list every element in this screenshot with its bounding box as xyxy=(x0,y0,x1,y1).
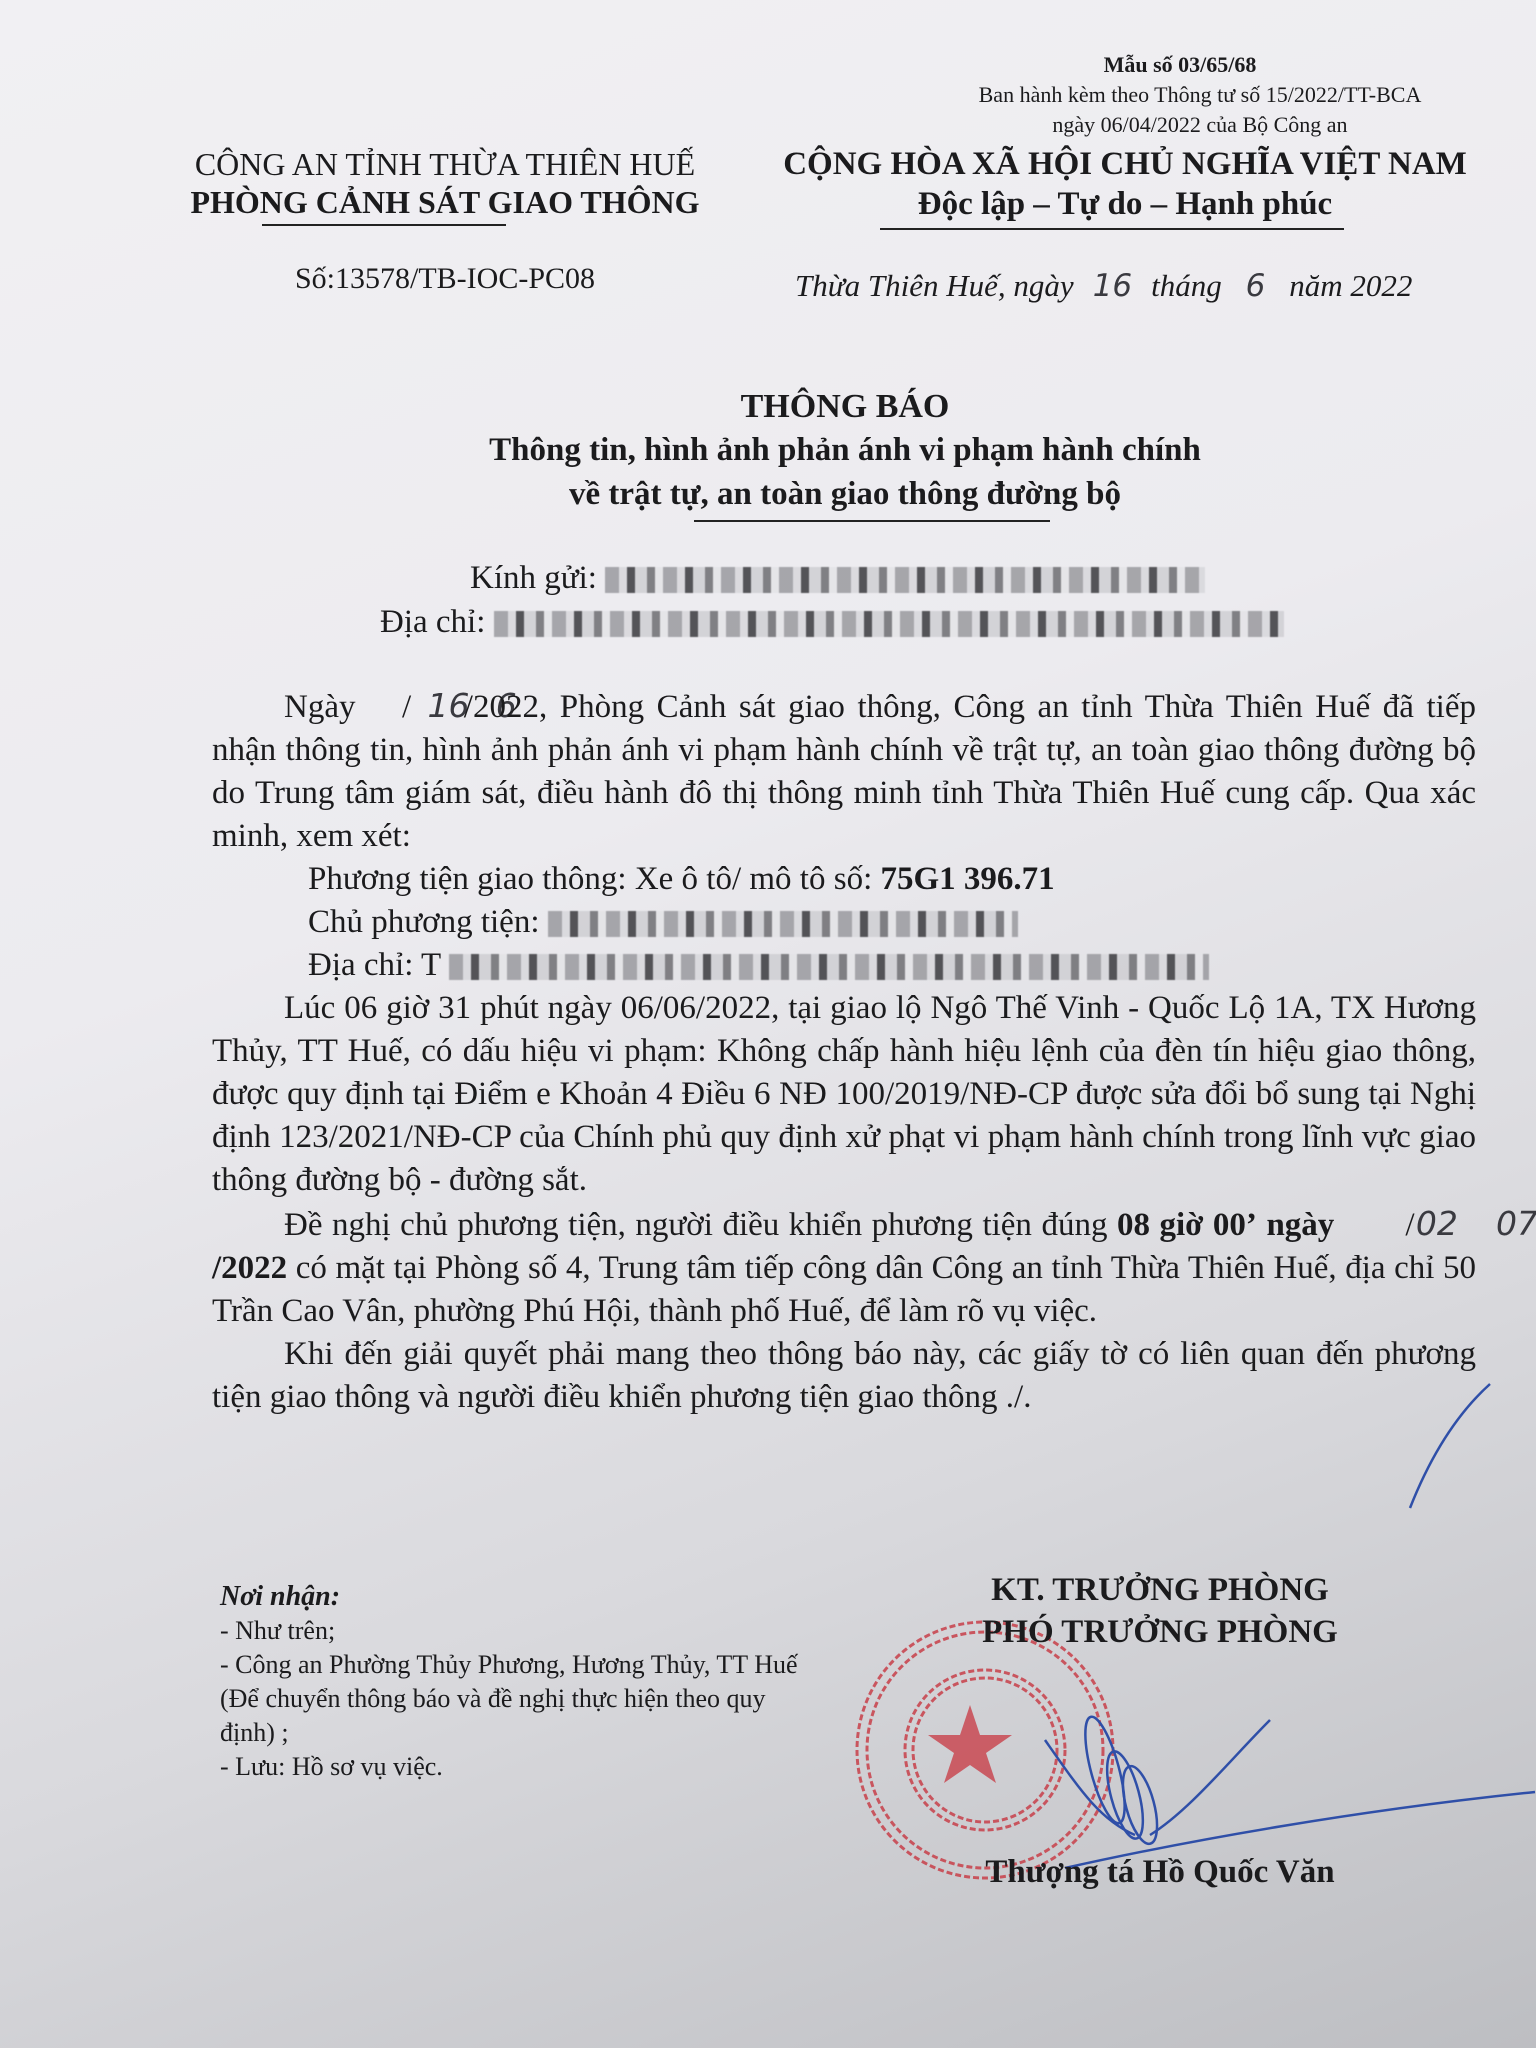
redacted-owner-name xyxy=(548,911,1018,937)
body-paragraph-1: Ngày16 / 6/2022, Phòng Cảnh sát giao thô… xyxy=(212,684,1476,1419)
month-label: tháng xyxy=(1151,268,1222,303)
summons-paragraph: Đề nghị chủ phương tiện, người điều khiể… xyxy=(212,1202,1476,1333)
notice-subtitle-1: Thông tin, hình ảnh phản ánh vi phạm hàn… xyxy=(300,432,1390,469)
signature-line-1: KT. TRƯỞNG PHÒNG xyxy=(900,1572,1420,1609)
received-paragraph: Ngày16 / 6/2022, Phòng Cảnh sát giao thô… xyxy=(212,684,1476,858)
handwritten-p1-month: 6 xyxy=(424,684,464,727)
recipient-address: Địa chỉ: xyxy=(380,604,1284,641)
vehicle-label: Phương tiện giao thông: Xe ô tô/ mô tô s… xyxy=(308,861,872,897)
handwritten-summons-day: 02 xyxy=(1344,1202,1396,1245)
vehicle-line: Phương tiện giao thông: Xe ô tô/ mô tô s… xyxy=(212,858,1476,901)
owner-line: Chủ phương tiện: xyxy=(212,901,1476,944)
recipient-address-label: Địa chỉ: xyxy=(380,604,485,640)
place-date-prefix: Thừa Thiên Huế, ngày xyxy=(795,268,1074,303)
country-name: CỘNG HÒA XÃ HỘI CHỦ NGHĨA VIỆT NAM xyxy=(755,146,1495,183)
national-motto: Độc lập – Tự do – Hạnh phúc xyxy=(755,186,1495,223)
summons-time: 08 giờ 00’ xyxy=(1117,1207,1257,1243)
recipient-to-label: Kính gửi: xyxy=(470,560,597,596)
distribution-item: - Công an Phường Thủy Phương, Hương Thủy… xyxy=(220,1648,820,1750)
handwritten-month: 6 xyxy=(1230,268,1282,304)
owner-label: Chủ phương tiện: xyxy=(308,904,540,940)
handwritten-summons-month: 07 xyxy=(1424,1202,1476,1245)
form-issued-date: ngày 06/04/2022 của Bộ Công an xyxy=(920,112,1480,138)
form-issued-with: Ban hành kèm theo Thông tư số 15/2022/TT… xyxy=(920,82,1480,108)
vehicle-plate: 75G1 396.71 xyxy=(881,861,1055,897)
year-label: năm 2022 xyxy=(1289,268,1412,303)
handwritten-p1-day: 16 xyxy=(355,684,389,727)
place-date: Thừa Thiên Huế, ngày 16 tháng 6 năm 2022 xyxy=(795,268,1412,304)
distribution-item: - Như trên; xyxy=(220,1614,820,1648)
document-number: Số:13578/TB-IOC-PC08 xyxy=(160,262,730,296)
closing-paragraph: Khi đến giải quyết phải mang theo thông … xyxy=(212,1333,1476,1419)
distribution-item: - Lưu: Hồ sơ vụ việc. xyxy=(220,1750,820,1784)
redacted-owner-address xyxy=(449,954,1209,980)
signer-name: Thượng tá Hồ Quốc Văn xyxy=(900,1854,1420,1891)
initial-checkmark-icon xyxy=(1380,1380,1500,1510)
summons-prefix: Đề nghị chủ phương tiện, người điều khiể… xyxy=(284,1207,1107,1243)
agency-department: PHÒNG CẢNH SÁT GIAO THÔNG xyxy=(160,184,730,221)
summons-year: /2022 xyxy=(212,1250,287,1286)
owner-address-label: Địa chỉ: T xyxy=(308,947,441,983)
agency-parent: CÔNG AN TỈNH THỪA THIÊN HUẾ xyxy=(160,146,730,183)
recipient-to: Kính gửi: xyxy=(470,560,1205,597)
title-underline xyxy=(694,520,1050,522)
form-number: Mẫu số 03/65/68 xyxy=(1030,52,1330,78)
p1-prefix: Ngày xyxy=(284,689,355,725)
violation-paragraph: Lúc 06 giờ 31 phút ngày 06/06/2022, tại … xyxy=(212,987,1476,1202)
summons-day-label: ngày xyxy=(1266,1207,1334,1243)
agency-underline xyxy=(262,224,506,226)
summons-suffix: có mặt tại Phòng số 4, Trung tâm tiếp cô… xyxy=(212,1250,1476,1329)
p1-text: /2022, Phòng Cảnh sát giao thông, Công a… xyxy=(212,689,1476,854)
owner-address-line: Địa chỉ: T xyxy=(212,944,1476,987)
redacted-recipient-address xyxy=(494,611,1284,637)
handwritten-day: 16 xyxy=(1081,268,1143,304)
notice-title: THÔNG BÁO xyxy=(300,388,1390,426)
redacted-recipient-name xyxy=(605,567,1205,593)
notice-subtitle-2: về trật tự, an toàn giao thông đường bộ xyxy=(300,476,1390,513)
motto-underline xyxy=(880,228,1344,230)
distribution-heading: Nơi nhận: xyxy=(220,1580,820,1614)
signature-line-2: PHÓ TRƯỞNG PHÒNG xyxy=(900,1614,1420,1651)
distribution-list: Nơi nhận: - Như trên; - Công an Phường T… xyxy=(220,1580,820,1784)
